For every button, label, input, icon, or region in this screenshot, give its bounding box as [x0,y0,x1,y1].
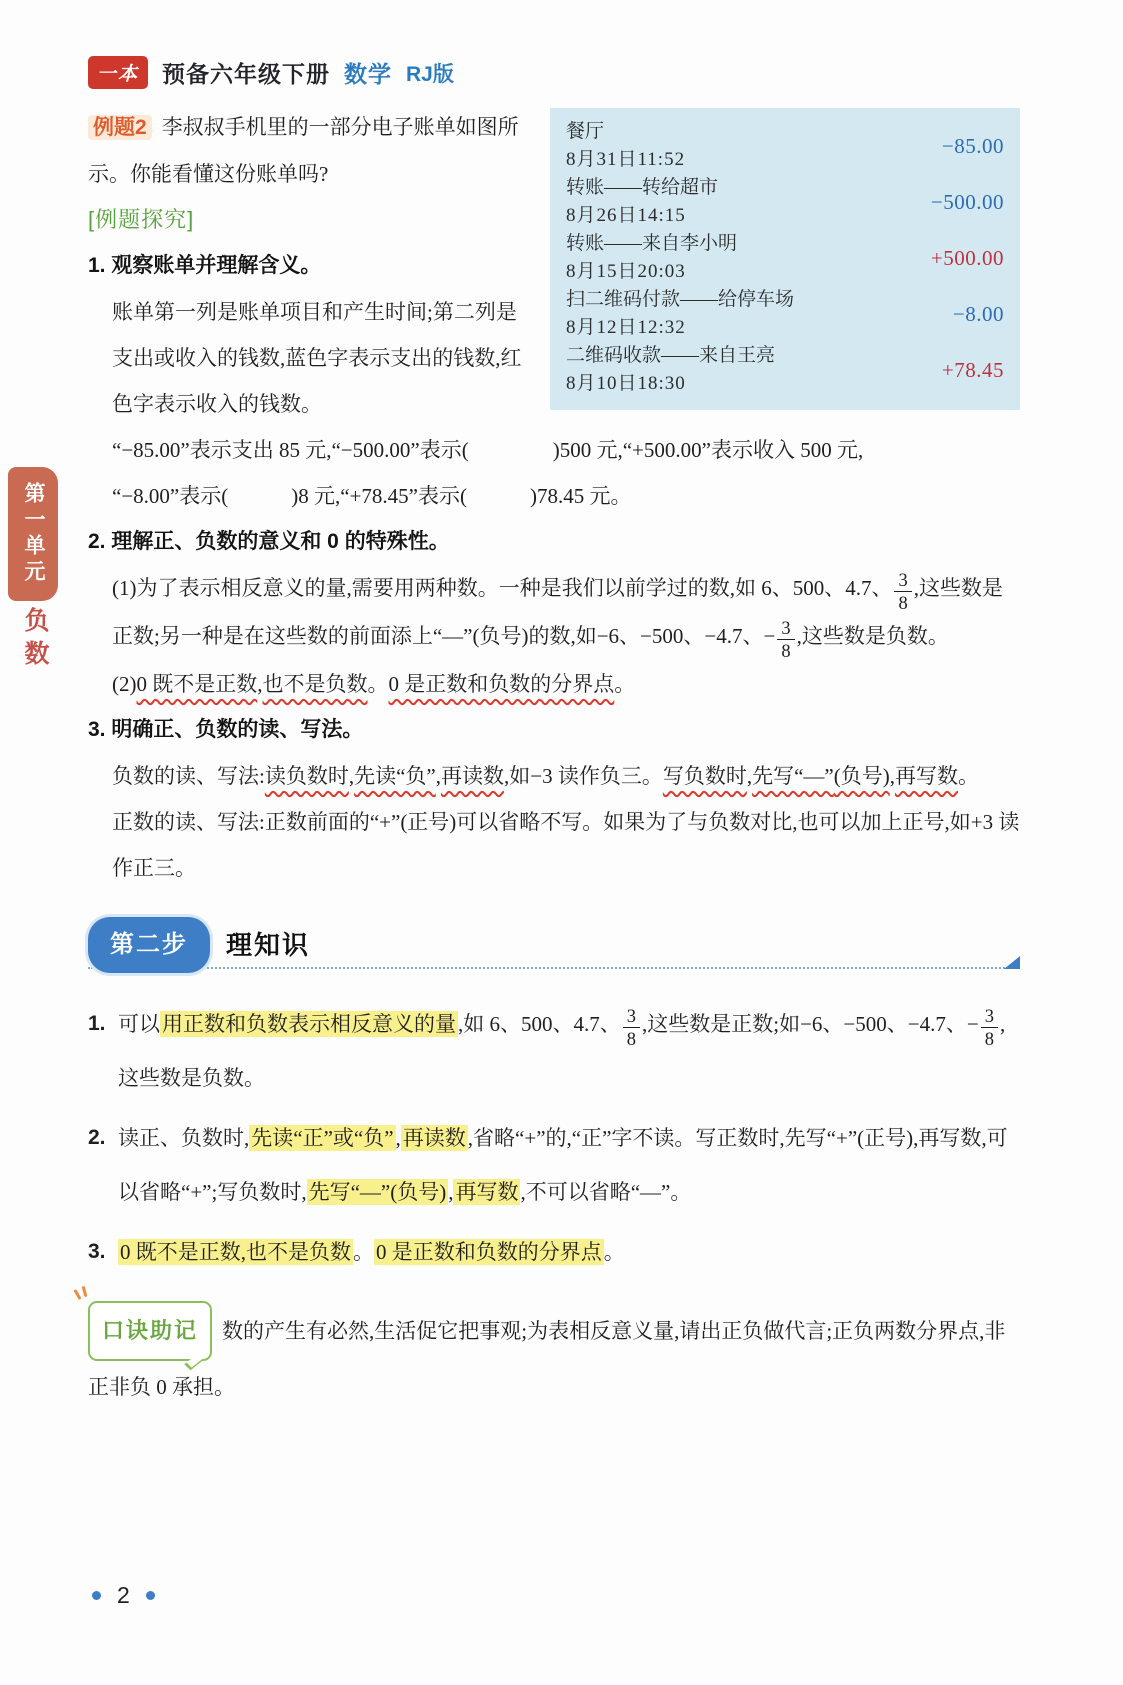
section3-paragraph2: 正数的读、写法:正数前面的“+”(正号)可以省略不写。如果为了与负数对比,也可以… [88,799,1020,891]
wavy-underlined-text: 0 既不是正数 [137,672,258,696]
item-number: 1. [88,997,106,1051]
item-number: 2. [88,1111,106,1165]
bill-entry: 餐厅 8月31日11:52 −85.00 [566,118,1004,174]
page-dot-icon [146,1591,155,1600]
knowledge-item-2: 2.读正、负数时,先读“正”或“负”,再读数,省略“+”的,“正”字不读。写正数… [88,1111,1020,1219]
fraction-denominator: 8 [623,1028,640,1049]
text-segment: (1)为了表示相反意义的量,需要用两种数。一种是我们以前学过的数,如 6、500… [112,576,892,600]
section2-sub2: (2)0 既不是正数,也不是负数。0 是正数和负数的分界点。 [88,661,1020,707]
bill-entry: 转账——来自李小明 8月15日20:03 +500.00 [566,230,1004,286]
text-segment: ,不可以省略“—”。 [520,1180,691,1204]
arrow-icon [1004,956,1020,969]
text-segment: 读正、负数时, [118,1126,249,1150]
text-segment: (2) [112,672,137,696]
wavy-underlined-text: 也不是负数 [263,672,368,696]
fraction-three-eighths: 38 [979,1006,1000,1050]
knowledge-item-3: 3.0 既不是正数,也不是负数。0 是正数和负数的分界点。 [88,1225,1020,1279]
text-segment: 负数的读、写法: [112,764,265,788]
section3-paragraph1: 负数的读、写法:读负数时,先读“负”,再读数,如−3 读作负三。写负数时,先写“… [88,753,1020,799]
mnemonic-block: 口诀助记数的产生有必然,生活促它把事观;为表相反意义量,请出正负做代言;正负两数… [88,1301,1020,1413]
item-number: 3. [88,1225,106,1279]
example-badge: 例题2 [88,115,152,140]
wavy-underlined-text: 读负数时 [265,764,349,788]
highlighted-text: 0 既不是正数,也不是负数 [118,1239,353,1265]
bill-entry-amount: +500.00 [900,235,1004,281]
wavy-underlined-text: 0 是正数和负数的分界点 [389,672,615,696]
textbook-page: 一本 预备六年级下册 数学 RJ版 第一单元 负数 餐厅 8月31日11:52 … [0,0,1123,1685]
text-segment: 。 [958,764,979,788]
wavy-underlined-text: 先写“—” [752,764,834,788]
bill-entry: 转账——转给超市 8月26日14:15 −500.00 [566,174,1004,230]
text-segment: , [396,1126,401,1150]
section3-heading: 3. 明确正、负数的读、写法。 [88,707,1020,753]
text-segment: 。 [604,1240,625,1264]
highlighted-text: 再写数 [453,1179,520,1205]
bill-entry-date: 8月10日18:30 [566,370,775,398]
fraction-denominator: 8 [894,592,911,613]
sparkle-icon [74,1289,88,1303]
example-intro-text: 李叔叔手机里的一部分电子账单如图所示。你能看懂这份账单吗? [88,115,519,186]
bill-entry-amount: −500.00 [900,179,1004,225]
bill-entry-amount: +78.45 [900,347,1004,393]
bill-entry: 扫二维码付款——给停车场 8月12日12:32 −8.00 [566,286,1004,342]
sidebar-unit-tab: 第一单元 [8,467,58,601]
highlighted-text: 0 是正数和负数的分界点 [374,1239,604,1265]
bill-entry-title: 二维码收款——来自王亮 [566,342,775,370]
highlighted-text: 先读“正”或“负” [249,1125,395,1151]
page-dot-icon [92,1591,101,1600]
bill-entry-date: 8月15日20:03 [566,258,737,286]
bill-entry-title: 扫二维码付款——给停车场 [566,286,794,314]
fraction-numerator: 3 [777,618,794,640]
fraction-numerator: 3 [981,1006,998,1028]
highlighted-text: 再读数 [401,1125,468,1151]
text-segment: 。 [353,1240,374,1264]
fraction-denominator: 8 [777,640,794,661]
bill-entry-amount: −85.00 [900,123,1004,169]
text-segment: 。 [614,672,635,696]
fraction-three-eighths: 38 [892,570,913,614]
wavy-underlined-text: 再读数 [441,764,504,788]
page-header: 一本 预备六年级下册 数学 RJ版 [88,56,454,89]
text-segment: ,这些数是负数。 [797,624,949,648]
minus-sign: − [967,1012,979,1036]
bill-entry-amount: −8.00 [900,291,1004,337]
section2-sub1: (1)为了表示相反意义的量,需要用两种数。一种是我们以前学过的数,如 6、500… [88,565,1020,661]
brand-logo: 一本 [88,56,148,89]
book-title: 预备六年级下册 [162,56,330,89]
fraction-numerator: 3 [623,1006,640,1028]
bill-entry-title: 转账——转给超市 [566,174,718,202]
wavy-underlined-text: 写负数时 [663,764,747,788]
fill-blank-line-2: “−8.00”表示( )8 元,“+78.45”表示( )78.45 元。 [88,473,1020,519]
wavy-underlined-text: (负号) [834,764,890,788]
highlighted-text: 先写“—”(负号) [307,1179,449,1205]
bill-panel: 餐厅 8月31日11:52 −85.00 转账——转给超市 8月26日14:15… [550,108,1020,410]
highlighted-text: 用正数和负数表示相反意义的量 [160,1011,458,1037]
bill-entry-title: 转账——来自李小明 [566,230,737,258]
text-segment: ,如−3 读作负三。 [504,764,663,788]
minus-sign: − [764,624,776,648]
edition-label: RJ版 [406,58,454,88]
step2-banner: 第二步 理知识 [88,917,1020,973]
bill-entry: 二维码收款——来自王亮 8月10日18:30 +78.45 [566,342,1004,398]
main-content: 餐厅 8月31日11:52 −85.00 转账——转给超市 8月26日14:15… [88,104,1020,1413]
bill-entry-date: 8月26日14:15 [566,202,718,230]
page-number: 2 [92,1582,155,1609]
step2-title: 理知识 [226,922,310,968]
section2-heading: 2. 理解正、负数的意义和 0 的特殊性。 [88,519,1020,565]
fraction-denominator: 8 [981,1028,998,1049]
knowledge-item-1: 1.可以用正数和负数表示相反意义的量,如 6、500、4.7、38,这些数是正数… [88,997,1020,1105]
text-segment: 可以 [118,1012,160,1036]
bill-entry-title: 餐厅 [566,118,685,146]
bill-entry-date: 8月12日12:32 [566,314,794,342]
text-segment: ,如 6、500、4.7、 [458,1012,621,1036]
text-segment: 。 [368,672,389,696]
bill-entry-date: 8月31日11:52 [566,146,685,174]
wavy-underlined-text: 再写数 [895,764,958,788]
subject-label: 数学 [344,56,392,89]
fraction-three-eighths: 38 [621,1006,642,1050]
step2-pill: 第二步 [88,917,210,973]
wavy-underlined-text: 先读“负” [354,764,436,788]
page-number-value: 2 [117,1582,130,1609]
fraction-three-eighths: 38 [775,618,796,662]
fraction-numerator: 3 [894,570,911,592]
text-segment: ,这些数是正数;如−6、−500、−4.7、 [642,1012,967,1036]
sidebar-topic-label: 负数 [17,607,53,673]
fill-blank-line-1: “−85.00”表示支出 85 元,“−500.00”表示( )500 元,“+… [88,427,1020,473]
mnemonic-badge: 口诀助记 [88,1301,212,1361]
mnemonic-text: 数的产生有必然,生活促它把事观;为表相反意义量,请出正负做代言;正负两数分界点,… [88,1319,1005,1399]
